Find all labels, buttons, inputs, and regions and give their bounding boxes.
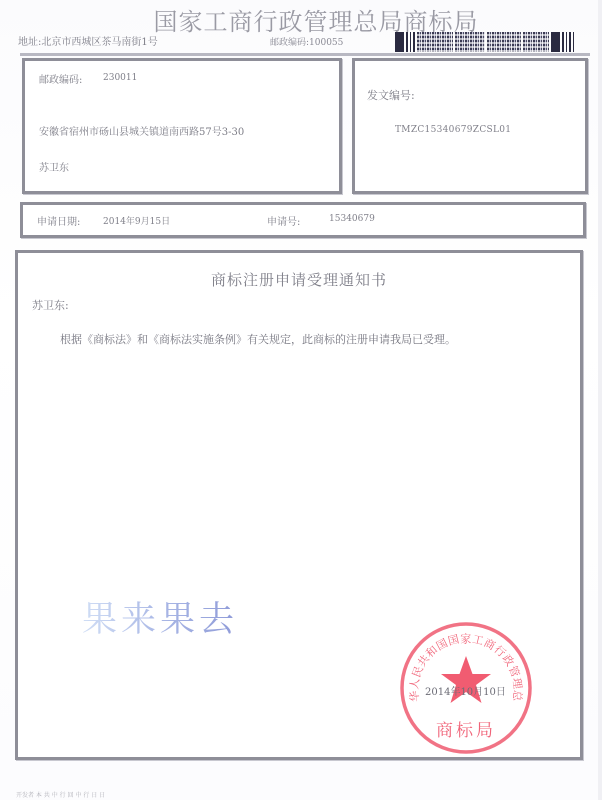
application-number-label: 申请号: (267, 213, 300, 228)
notice-title: 商标注册申请受理通知书 (18, 269, 580, 290)
seal-center-text: 商标局 (436, 721, 496, 741)
recipient-address: 安徽省宿州市砀山县城关镇道南西路57号3-30 (39, 123, 244, 138)
document-number-label: 发文编号: (367, 87, 415, 103)
recipient-postcode-value: 230011 (103, 73, 137, 83)
document-number-box: 发文编号: TMZC15340679ZCSL01 (352, 58, 588, 194)
notice-salutation: 苏卫东: (32, 297, 69, 313)
agency-address: 地址:北京市西城区茶马南街1号 (18, 33, 158, 48)
application-date-value: 2014年9月15日 (103, 214, 170, 227)
header-divider (20, 53, 590, 56)
page-edge (598, 0, 602, 800)
agency-postcode: 邮政编码:100055 (270, 35, 343, 48)
trademark-specimen: 果来果去 (82, 592, 238, 642)
footer-text: 开发者 本 共 中 行 回 中 行 日 日 (16, 790, 105, 799)
recipient-address-box: 邮政编码: 230011 安徽省宿州市砀山县城关镇道南西路57号3-30 苏卫东 (22, 58, 342, 194)
recipient-name: 苏卫东 (39, 159, 69, 174)
application-date-label: 申请日期: (37, 213, 80, 228)
document-number-value: TMZC15340679ZCSL01 (395, 125, 511, 135)
application-info-box: 申请日期: 2014年9月15日 申请号: 15340679 (20, 202, 586, 238)
notice-body-text: 根据《商标法》和《商标法实施条例》有关规定，此商标的注册申请我局已受理。 (60, 331, 456, 347)
application-number-value: 15340679 (329, 214, 375, 224)
trademark-notice-page: 国家工商行政管理总局商标局 地址:北京市西城区茶马南街1号 邮政编码:10005… (0, 0, 602, 800)
recipient-postcode-label: 邮政编码: (39, 71, 82, 86)
barcode-icon (395, 32, 595, 52)
seal-date: 2014年10月10日 (425, 683, 506, 698)
